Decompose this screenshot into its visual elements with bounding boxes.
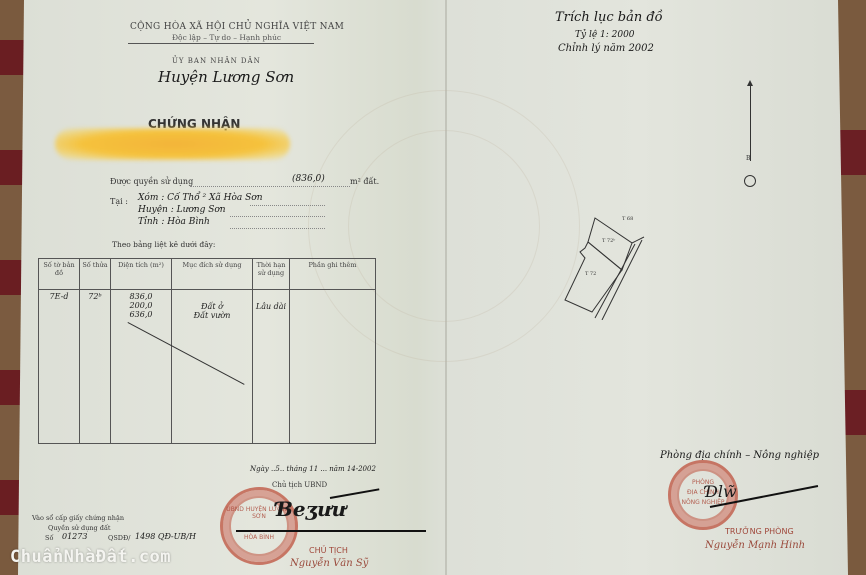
national-title: CỘNG HÒA XÃ HỘI CHỦ NGHĨA VIỆT NAM xyxy=(130,22,344,32)
registry-number: 01273 xyxy=(62,532,87,541)
area-garden: 636,0 xyxy=(112,310,170,319)
col-purpose: Mục đích sử dụng xyxy=(172,259,253,290)
location-district: Huyện : Lương Sơn xyxy=(138,205,226,215)
map-extract-title: Trích lục bản đồ xyxy=(555,10,663,25)
col-area: Diện tích (m²) xyxy=(111,259,172,290)
registry-line1: Vào sổ cấp giấy chứng nhận xyxy=(32,514,124,522)
background-seal-pattern-inner xyxy=(348,130,540,322)
national-motto: Độc lập – Tự do – Hạnh phúc xyxy=(172,33,281,42)
location-hamlet: Xóm : Cố Thổ ² Xã Hòa Sơn xyxy=(138,193,263,203)
signature-underline xyxy=(236,530,426,532)
chairman-role: CHỦ TỊCH xyxy=(309,546,348,555)
head-signature: Ɗlw̃ xyxy=(705,482,737,501)
dotted-line xyxy=(230,228,325,229)
north-symbol-icon xyxy=(744,175,756,187)
dotted-line xyxy=(190,186,350,187)
area-value: (836,0) xyxy=(292,174,325,184)
cell-parcel: 72ᵇ xyxy=(80,290,111,444)
parcel-map-sketch xyxy=(540,200,670,320)
stamp-text: HÒA BÌNH xyxy=(223,534,295,541)
purpose-garden: Đất vườn xyxy=(173,311,251,320)
col-notes: Phần ghi thêm xyxy=(290,259,376,290)
registry-number-label: Số xyxy=(45,534,53,542)
issuer-label: ỦY BAN NHÂN DÂN xyxy=(172,57,261,65)
cell-notes xyxy=(290,290,376,444)
cell-map-sheet: 7E-d xyxy=(39,290,80,444)
area-total: 836,0 xyxy=(112,292,170,301)
col-parcel: Số thửa xyxy=(80,259,111,290)
parcel-label-72: T 72 xyxy=(585,271,596,277)
north-label: B xyxy=(746,155,750,162)
chairman-signature: Ɓeʒưư xyxy=(276,497,346,521)
qsdd-label: QSDĐ/ xyxy=(108,534,130,542)
head-role: TRƯỞNG PHÒNG xyxy=(725,527,794,536)
chairman-name: Nguyễn Văn Sỹ xyxy=(290,558,368,569)
north-arrow-head-icon xyxy=(747,80,753,86)
list-intro: Theo bảng liệt kê dưới đây: xyxy=(112,240,215,249)
purpose-residential: Đất ở xyxy=(173,302,251,311)
parcel-label-72b: T 72ᵇ xyxy=(602,238,615,244)
dotted-line xyxy=(250,205,325,206)
qsdd-value: 1498 QĐ-UB/H xyxy=(135,532,196,541)
head-name: Nguyễn Mạnh Hinh xyxy=(705,540,805,551)
issue-date: Ngày ..5.. tháng 11 ... năm 14-2002 xyxy=(250,465,376,473)
department-office: Phòng địa chính – Nông nghiệp xyxy=(660,450,819,461)
col-map-sheet: Số tờ bản đồ xyxy=(39,259,80,290)
col-term: Thời hạn sử dụng xyxy=(253,259,290,290)
use-right-label: Được quyền sử dụng xyxy=(110,177,193,186)
parcel-table: Số tờ bản đồ Số thửa Diện tích (m²) Mục … xyxy=(38,258,376,444)
area-residential: 200,0 xyxy=(112,301,170,310)
table-row: 7E-d 72ᵇ 836,0 200,0 636,0 Đất ở Đất vườ… xyxy=(39,290,376,444)
registry-line2: Quyền sử dụng đất xyxy=(48,524,111,532)
location-province: Tỉnh : Hòa Bình xyxy=(138,217,210,227)
location-label: Tại : xyxy=(110,197,128,206)
signer-title: Chủ tịch UBND xyxy=(272,481,327,489)
site-watermark: ChuẩnNhàĐất.com xyxy=(10,547,171,567)
dotted-line xyxy=(230,216,325,217)
parcel-label-68: T 68 xyxy=(622,216,633,222)
redacted-holder-name xyxy=(55,128,290,160)
map-edited-year: Chỉnh lý năm 2002 xyxy=(558,43,654,54)
map-scale: Tỷ lệ 1: 2000 xyxy=(575,30,635,40)
cell-term: Lâu dài xyxy=(253,290,290,444)
cell-area: 836,0 200,0 636,0 xyxy=(111,290,172,444)
area-unit: m² đất. xyxy=(350,177,379,186)
north-arrow-icon xyxy=(750,83,751,161)
issuer-name: Huyện Lương Sơn xyxy=(158,68,294,86)
header-divider xyxy=(128,43,314,44)
table-header-row: Số tờ bản đồ Số thửa Diện tích (m²) Mục … xyxy=(39,259,376,290)
